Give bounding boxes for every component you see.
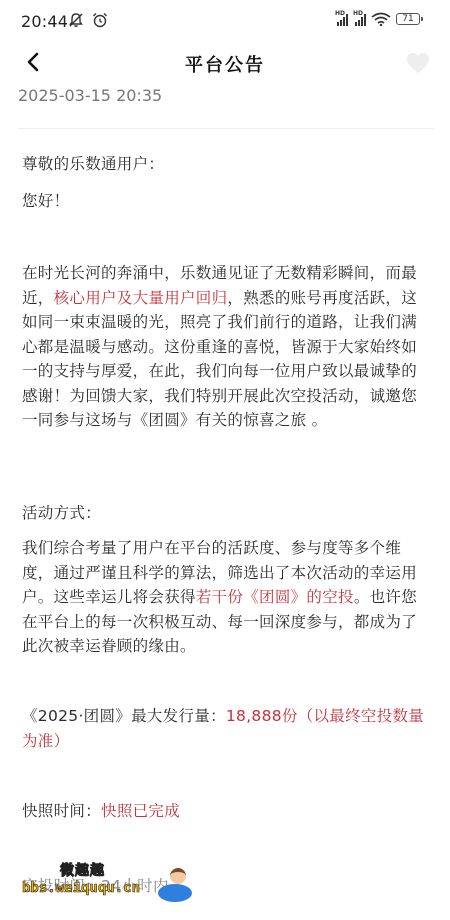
method-paragraph: 我们综合考量了用户在平台的活跃度、参与度等多个维度，通过严谨且科学的算法，筛选出… — [22, 536, 432, 659]
favorite-button[interactable] — [406, 52, 430, 74]
greeting: 尊敬的乐数通用户： — [22, 152, 164, 177]
divider — [18, 128, 434, 129]
battery-icon: 71 — [396, 13, 420, 25]
post-date: 2025-03-15 20:35 — [18, 86, 162, 105]
signal-icon-2: HD — [353, 12, 366, 26]
intro-highlight: 核心用户及大量用户回归 — [54, 289, 228, 307]
issue-amount: 《2025·团圆》最大发行量：18,888份（以最终空投数量为准） — [22, 704, 432, 753]
snapshot-time: 快照时间：快照已完成 — [22, 799, 180, 824]
signal-icon: HD — [335, 12, 348, 26]
issue-label: 《2025·团圆》最大发行量： — [22, 707, 226, 725]
mascot-icon — [170, 868, 186, 884]
watermark: 微趣趣 bbs.weiququ.cn — [22, 860, 202, 910]
intro-text-2: ，熟悉的账号再度活跃，这如同一束束温暖的光，照亮了我们前行的道路，让我们满心都是… — [22, 289, 417, 430]
status-time: 20:44 — [21, 12, 68, 31]
nav-bar: 平台公告 — [0, 42, 450, 82]
method-heading: 活动方式： — [22, 501, 101, 526]
method-highlight: 若干份《团圆》的空投 — [196, 588, 354, 606]
page-title: 平台公告 — [0, 51, 450, 77]
mute-notification-icon — [67, 11, 85, 29]
watermark-url: bbs.weiququ.cn — [22, 880, 140, 896]
hello: 您好！ — [22, 189, 69, 214]
wifi-icon — [371, 12, 391, 26]
heart-icon — [406, 52, 430, 74]
alarm-icon — [91, 11, 109, 29]
hd-label: HD — [335, 10, 345, 17]
snapshot-value: 快照已完成 — [101, 802, 180, 820]
status-icons-right: HD HD 71 — [335, 12, 420, 26]
status-bar: 20:44 HD HD 71 — [0, 0, 450, 42]
swim-ring-icon — [158, 884, 192, 902]
intro-paragraph: 在时光长河的奔涌中，乐数通见证了无数精彩瞬间，而最近，核心用户及大量用户回归，熟… — [22, 261, 432, 433]
watermark-title: 微趣趣 — [60, 860, 105, 880]
snapshot-label: 快照时间： — [22, 802, 101, 820]
status-icons-left — [67, 11, 109, 29]
hd-label-2: HD — [353, 10, 363, 17]
